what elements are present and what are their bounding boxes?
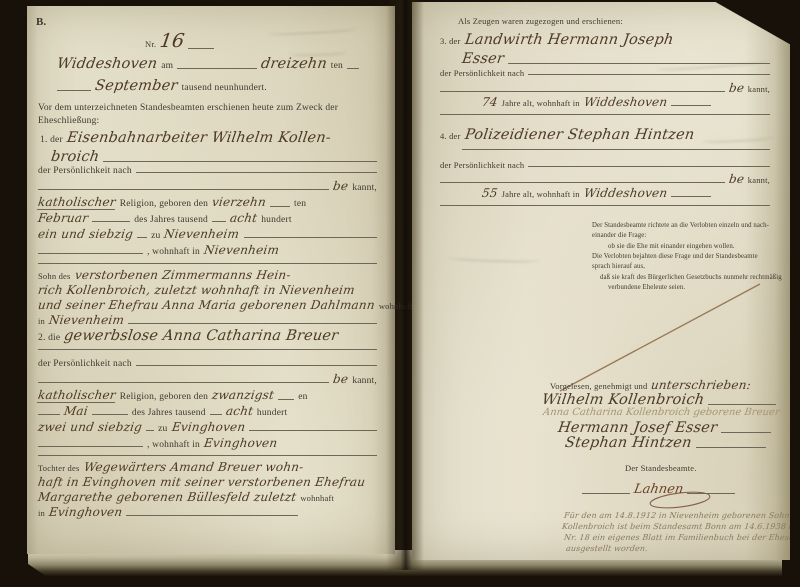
blank-rule	[528, 164, 770, 167]
blank-rule	[38, 187, 329, 190]
text-segment: ausgestellt worden.	[566, 544, 649, 553]
form-line: broich	[51, 149, 377, 165]
text-segment: Tochter des	[38, 463, 80, 473]
text-segment: 16	[159, 30, 186, 52]
text-segment: Evinghoven	[48, 505, 123, 519]
blank-rule	[38, 453, 377, 456]
photo-corner-shadow-top-right	[712, 0, 800, 50]
text-segment: Nievenheim	[203, 243, 280, 257]
form-line: Eheschließung:	[38, 116, 99, 126]
text-segment: gewerbslose Anna Catharina Breuer	[63, 328, 339, 344]
form-line: der Persönlichkeit nach	[38, 359, 377, 369]
blank-rule	[440, 89, 725, 92]
text-segment: 2. die	[38, 333, 60, 343]
text-segment: Die Verlobten bejahten diese Frage und d…	[592, 253, 758, 260]
text-segment: zwanzigst	[211, 388, 275, 402]
form-line: Kollenbroich ist beim Standesamt Bonn am…	[562, 522, 800, 531]
form-line	[38, 453, 377, 459]
blank-rule	[146, 428, 154, 431]
blank-rule	[57, 88, 91, 91]
form-line: Esser	[462, 51, 770, 67]
blank-rule	[137, 235, 147, 238]
blank-rule	[671, 103, 711, 106]
text-segment: ein und siebzig	[37, 227, 134, 241]
text-segment: be	[728, 81, 745, 95]
text-segment: acht	[229, 211, 258, 225]
text-segment: zu	[158, 424, 167, 434]
text-segment: Eheschließung:	[38, 116, 99, 126]
text-segment: zu	[151, 231, 160, 241]
text-segment: 3. der	[440, 36, 461, 46]
text-segment: Evinghoven	[171, 420, 246, 434]
form-line	[38, 347, 377, 353]
form-line	[440, 112, 770, 118]
photo-corner-shadow-bottom-left	[0, 545, 62, 587]
text-segment: des Jahres tausend	[134, 215, 208, 225]
declaration-paragraph: Der Standesbeamte richtete an die Verlob…	[592, 222, 769, 229]
text-segment: Stephan Hintzen	[564, 435, 693, 451]
text-segment: Widdeshoven	[583, 186, 668, 200]
text-segment: am	[161, 61, 173, 71]
text-segment: Für den am 14.8.1912 in Nievenheim gebor…	[564, 511, 800, 520]
signatures-header: Vorgelesen, genehmigt undunterschrieben:	[550, 378, 776, 392]
blank-rule	[278, 397, 294, 400]
text-segment: vierzehn	[211, 195, 267, 209]
blank-rule	[38, 261, 377, 264]
text-segment: katholischer	[37, 388, 117, 403]
text-segment: des Jahres tausend	[132, 408, 206, 418]
text-segment: Vor dem unterzeichneten Standesbeamten e…	[38, 103, 338, 113]
text-segment: Als Zeugen waren zugezogen und erschiene…	[458, 16, 623, 26]
groom-name-line: 1. derEisenbahnarbeiter Wilhelm Kollen-	[40, 130, 377, 146]
text-segment: Polizeidiener Stephan Hintzen	[463, 127, 695, 143]
record-number: Nr.16	[145, 30, 235, 52]
text-segment: September	[94, 78, 179, 94]
text-segment: ob sie die Ehe mit einander eingehen wol…	[608, 243, 735, 250]
blank-rule	[528, 72, 770, 75]
text-segment: Kollenbroich ist beim Standesamt Bonn am…	[562, 522, 800, 531]
text-segment: Religion, geboren den	[120, 392, 208, 402]
text-segment: ten	[331, 61, 343, 71]
blank-rule	[38, 251, 143, 254]
form-line: Februardes Jahres tausendachthundert	[38, 211, 377, 225]
witness2-line: 4. derPolizeidiener Stephan Hintzen	[440, 127, 770, 143]
form-line: ausgestellt worden.	[566, 544, 648, 553]
text-segment: acht	[225, 404, 254, 418]
blank-rule	[92, 412, 128, 415]
form-line: daß sie kraft des Bürgerlichen Gesetzbuc…	[600, 274, 782, 281]
signature-bride: Anna Catharina Kollenbroich geborene Bre…	[543, 407, 776, 418]
text-segment: Der Standesbeamte richtete an die Verlob…	[592, 222, 769, 229]
text-segment: der Persönlichkeit nach	[440, 68, 524, 78]
text-segment: in	[38, 316, 45, 326]
form-line: ob sie die Ehe mit einander eingehen wol…	[608, 243, 735, 250]
blank-rule	[188, 46, 214, 49]
witness2-age-line: 55Jahre alt, wohnhaft inWiddeshoven	[482, 186, 770, 200]
text-segment: Wegewärters Amand Breuer wohn-	[83, 460, 304, 474]
text-segment: Eisenbahnarbeiter Wilhelm Kollen-	[66, 130, 332, 146]
blank-rule	[38, 380, 329, 383]
form-line: der Persönlichkeit nach	[440, 68, 770, 78]
text-segment: Widdeshoven	[56, 56, 159, 72]
text-segment: 1. der	[40, 135, 63, 145]
blank-rule	[347, 66, 359, 69]
blank-rule	[687, 491, 735, 494]
signature-groom: Wilhelm Kollenbroich	[542, 392, 776, 408]
blank-rule	[582, 491, 630, 494]
blank-rule	[38, 347, 377, 350]
text-segment: daß sie kraft des Bürgerlichen Gesetzbuc…	[600, 274, 782, 281]
text-segment: sprach hierauf aus,	[592, 263, 645, 270]
text-segment: , wohnhaft in	[147, 247, 200, 257]
form-line	[440, 203, 770, 209]
text-segment: Lahnen	[633, 482, 685, 497]
form-line: und seiner Ehefrau Anna Maria geborenen …	[38, 298, 377, 312]
text-segment: kannt,	[748, 84, 770, 94]
text-segment: Esser	[461, 51, 505, 67]
text-segment: Widdeshoven	[583, 95, 668, 109]
blank-rule	[92, 219, 130, 222]
text-segment: Jahre alt, wohnhaft in	[502, 98, 580, 108]
bleed-through-mark	[448, 252, 540, 263]
text-segment: Jahre alt, wohnhaft in	[502, 189, 580, 199]
text-segment: Anna Catharina Kollenbroich geborene Bre…	[542, 407, 780, 418]
form-line: Maides Jahres tausendachthundert	[38, 404, 377, 418]
form-line: bekannt,	[440, 172, 770, 186]
form-line: Die Verlobten bejahten diese Frage und d…	[592, 253, 758, 260]
bride-name-line: 2. diegewerbslose Anna Catharina Breuer	[38, 328, 377, 344]
text-segment: der Persönlichkeit nach	[440, 160, 524, 170]
form-line	[38, 261, 377, 267]
blank-rule	[212, 219, 226, 222]
text-segment: be	[332, 179, 349, 193]
blank-rule	[103, 159, 377, 162]
date-line-1: Widdeshovenamdreizehnten	[57, 56, 359, 72]
text-segment: haft in Evinghoven mit seiner verstorben…	[37, 475, 366, 489]
text-segment: 4. der	[440, 131, 461, 141]
text-segment: Landwirth Hermann Joseph	[463, 32, 674, 48]
text-segment: ten	[294, 199, 306, 209]
form-line: verbundene Eheleute seien.	[608, 284, 685, 291]
form-line: der Persönlichkeit nach	[440, 160, 770, 170]
blank-rule	[462, 147, 770, 150]
blank-rule	[270, 204, 290, 207]
photo-background: B.Nr.16WiddeshovenamdreizehntenSeptember…	[0, 0, 800, 587]
groom-parents-line: Sohn desverstorbenen Zimmermanns Hein-	[38, 268, 377, 282]
text-segment: Vorgelesen, genehmigt und	[550, 381, 647, 391]
form-line: bekannt,	[38, 179, 377, 193]
blank-rule	[440, 112, 770, 115]
page-letter: B.	[36, 16, 46, 28]
text-segment: broich	[50, 149, 100, 165]
text-segment: einander die Frage:	[592, 232, 646, 239]
blank-rule	[440, 203, 770, 206]
margin-note: Für den am 14.8.1912 in Nievenheim gebor…	[564, 511, 800, 520]
form-line: katholischerReligion, geboren denzwanzig…	[38, 388, 377, 403]
text-segment: kannt,	[748, 175, 770, 185]
text-segment: tausend neunhundert.	[182, 83, 267, 93]
form-line: bekannt,	[440, 81, 770, 95]
left-page: B.Nr.16WiddeshovenamdreizehntenSeptember…	[27, 6, 395, 554]
blank-rule	[126, 513, 298, 516]
form-line: , wohnhaft inNievenheim	[38, 243, 377, 257]
form-line: haft in Evinghoven mit seiner verstorben…	[38, 475, 365, 489]
blank-rule	[440, 180, 725, 183]
book-gutter-shadow	[386, 0, 424, 570]
signature-witness1: Hermann Josef Esser	[558, 420, 776, 436]
blank-rule	[38, 444, 143, 447]
text-segment: Mai	[63, 404, 89, 418]
text-segment: Nievenheim	[163, 227, 240, 241]
witnesses-header: Als Zeugen waren zugezogen und erschiene…	[458, 16, 623, 26]
blank-rule	[210, 412, 222, 415]
text-segment: Februar	[37, 211, 89, 225]
form-line: zwei und siebzigzuEvinghoven	[38, 420, 377, 434]
text-segment: rich Kollenbroich, zuletzt wohnhaft in N…	[37, 283, 356, 297]
blank-rule	[671, 194, 711, 197]
text-segment: zwei und siebzig	[37, 420, 143, 434]
bride-parents-line: Tochter desWegewärters Amand Breuer wohn…	[38, 460, 377, 474]
text-segment: Hermann Josef Esser	[557, 420, 718, 436]
blank-rule	[249, 428, 377, 431]
form-line: ein und siebzigzuNievenheim	[38, 227, 377, 241]
witness1-age-line: 74Jahre alt, wohnhaft inWiddeshoven	[482, 95, 770, 109]
text-segment: Nievenheim	[48, 313, 125, 327]
text-segment: der Persönlichkeit nach	[38, 359, 132, 369]
text-segment: dreizehn	[260, 56, 328, 72]
text-segment: und seiner Ehefrau Anna Maria geborenen …	[37, 298, 376, 312]
form-line: sprach hierauf aus,	[592, 263, 645, 270]
registrar-label: Der Standesbeamte.	[625, 463, 697, 473]
text-segment: Nr. 18 ein eigenes Blatt im Familienbuch…	[564, 533, 800, 542]
text-segment: verstorbenen Zimmermanns Hein-	[74, 268, 292, 282]
text-segment: be	[728, 172, 745, 186]
text-segment: verbundene Eheleute seien.	[608, 284, 685, 291]
blank-rule	[696, 445, 766, 448]
form-line: bekannt,	[38, 372, 377, 386]
form-line: einander die Frage:	[592, 232, 646, 239]
date-line-2: Septembertausend neunhundert.	[57, 78, 359, 94]
form-line: Vor dem unterzeichneten Standesbeamten e…	[38, 103, 338, 113]
text-segment: Sohn des	[38, 271, 71, 281]
form-line: Margarethe geborenen Büllesfeld zuletztw…	[38, 490, 377, 504]
text-segment: Evinghoven	[203, 436, 278, 450]
form-line: inEvinghoven	[38, 505, 298, 519]
text-segment: Nr.	[145, 39, 156, 49]
form-line: , wohnhaft inEvinghoven	[38, 436, 377, 450]
text-segment: der Persönlichkeit nach	[38, 166, 132, 176]
pen-stroke	[560, 284, 760, 391]
signature-registrar: Lahnen	[582, 482, 782, 497]
blank-rule	[128, 321, 377, 324]
form-line	[462, 147, 770, 153]
blank-rule	[177, 66, 257, 69]
bleed-through-mark	[267, 24, 357, 37]
text-segment: 55	[481, 186, 499, 200]
text-segment: be	[332, 372, 349, 386]
blank-rule	[244, 235, 377, 238]
text-segment: Der Standesbeamte.	[625, 463, 697, 473]
text-segment: en	[298, 392, 307, 402]
text-segment: katholischer	[37, 195, 117, 210]
right-page: Als Zeugen waren zugezogen und erschiene…	[412, 2, 790, 560]
form-line: Nr. 18 ein eigenes Blatt im Familienbuch…	[564, 533, 800, 542]
text-segment: 74	[481, 95, 499, 109]
text-segment: hundert	[261, 215, 291, 225]
text-segment: Margarethe geborenen Büllesfeld zuletzt	[37, 490, 297, 504]
blank-rule	[38, 412, 60, 415]
photo-edge-right	[790, 0, 800, 587]
form-line: der Persönlichkeit nach	[38, 166, 377, 176]
blank-rule	[508, 61, 770, 64]
text-segment: Wilhelm Kollenbroich	[541, 392, 705, 408]
form-line: katholischerReligion, geboren denvierzeh…	[38, 195, 377, 210]
blank-rule	[136, 170, 377, 173]
blank-rule	[721, 430, 771, 433]
form-line: inNievenheim	[38, 313, 377, 327]
text-segment: hundert	[257, 408, 287, 418]
text-segment: kannt,	[352, 376, 377, 386]
signature-witness2: Stephan Hintzen	[565, 435, 776, 451]
text-segment: in	[38, 508, 45, 518]
text-segment: Religion, geboren den	[120, 199, 208, 209]
text-segment: , wohnhaft in	[147, 440, 200, 450]
text-segment: wohnhaft	[300, 493, 334, 503]
text-segment: kannt,	[352, 183, 377, 193]
blank-rule	[708, 402, 776, 405]
text-segment: unterschrieben:	[650, 378, 752, 392]
blank-rule	[136, 363, 377, 366]
form-line: rich Kollenbroich, zuletzt wohnhaft in N…	[38, 283, 355, 297]
text-segment: B.	[36, 16, 46, 28]
